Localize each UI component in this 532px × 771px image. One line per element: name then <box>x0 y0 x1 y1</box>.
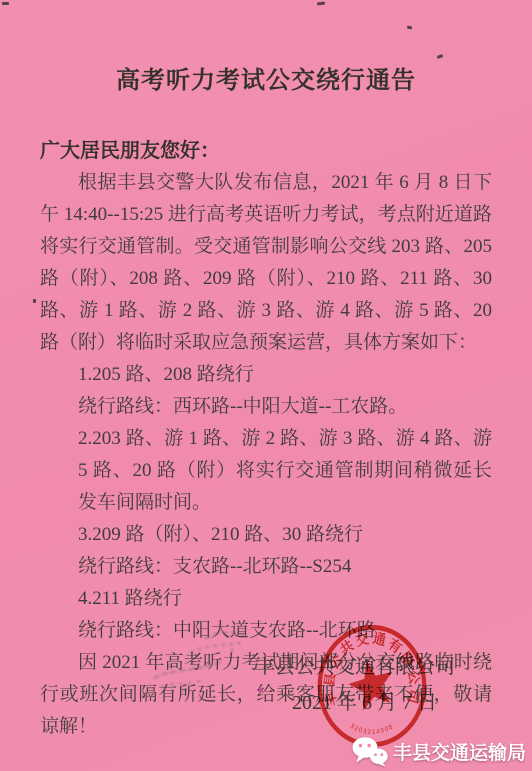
wechat-icon <box>352 736 388 767</box>
scan-speck <box>2 2 9 5</box>
footer-watermark: 丰县交通运输局 <box>352 736 526 767</box>
paragraph-intro: 根据丰县交警大队发布信息，2021 年 6 月 8 日下午 14:40--15:… <box>40 167 492 359</box>
paragraph-route-1: 绕行路线：西环路--中阳大道--工农路。 <box>78 391 492 423</box>
footer-watermark-label: 丰县交通运输局 <box>393 738 526 765</box>
ink-smudge <box>136 620 266 710</box>
seal-star-icon <box>344 654 398 713</box>
paragraph-item-3: 3.209 路（附）、210 路、30 路绕行 <box>78 519 492 551</box>
scanned-notice-page: 高考听力考试公交绕行通告 广大居民朋友您好： 根据丰县交警大队发布信息，2021… <box>0 0 532 771</box>
svg-text:3203214008: 3203214008 <box>349 723 395 737</box>
paragraph-item-4: 4.211 路绕行 <box>78 583 492 615</box>
company-seal: 丰县公共交通有限公司 3203214008 <box>315 622 429 750</box>
scan-speck <box>33 299 36 303</box>
paragraph-item-1: 1.205 路、208 路绕行 <box>78 359 492 391</box>
salutation: 广大居民朋友您好： <box>40 135 492 167</box>
notice-body: 高考听力考试公交绕行通告 广大居民朋友您好： 根据丰县交警大队发布信息，2021… <box>0 0 532 743</box>
paragraph-route-3: 绕行路线：支农路--北环路--S254 <box>78 551 492 583</box>
page-title: 高考听力考试公交绕行通告 <box>40 60 492 95</box>
paragraph-item-2: 2.203 路、游 1 路、游 2 路、游 3 路、游 4 路、游 5 路、20… <box>78 423 492 519</box>
seal-code: 3203214008 <box>349 723 395 737</box>
